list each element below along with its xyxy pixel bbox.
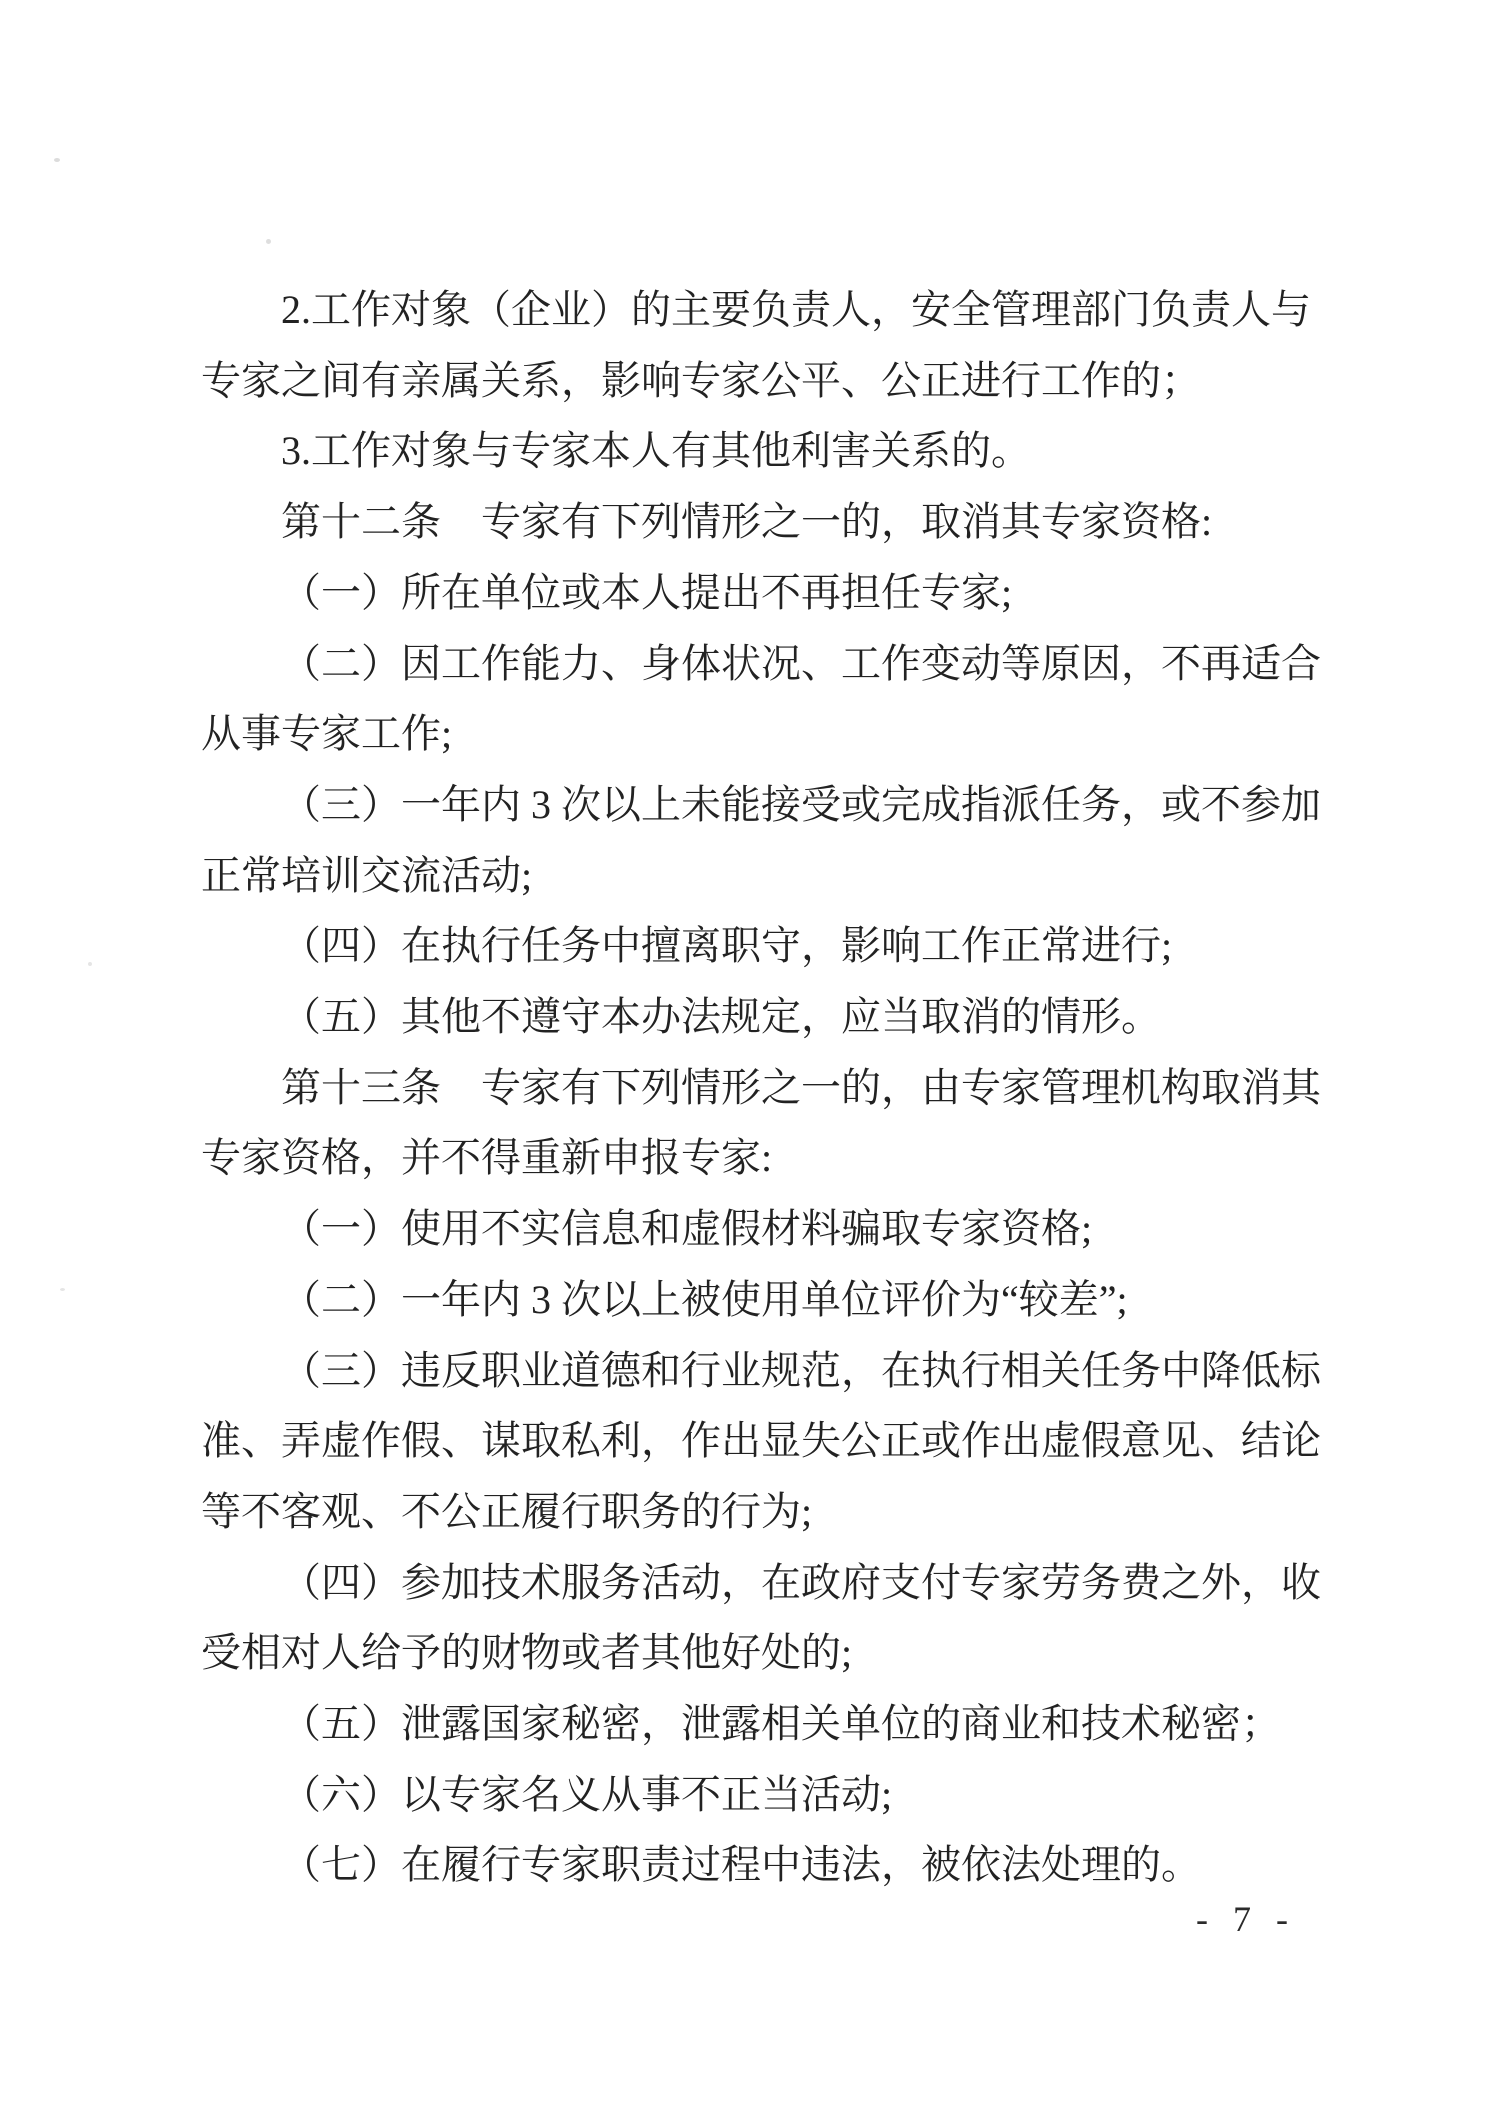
page-number: - 7 - (1196, 1898, 1293, 1940)
body-line: （二）一年内 3 次以上被使用单位评价为“较差”; (201, 1265, 1351, 1336)
body-line: （一）使用不实信息和虚假材料骗取专家资格; (201, 1194, 1351, 1265)
body-line: （六）以专家名义从事不正当活动; (201, 1760, 1351, 1831)
body-line: （五）泄露国家秘密，泄露相关单位的商业和技术秘密； (201, 1689, 1351, 1760)
body-line: 准、弄虚作假、谋取私利，作出显失公正或作出虚假意见、结论 (201, 1406, 1351, 1477)
body-line: （五）其他不遵守本办法规定，应当取消的情形。 (201, 982, 1351, 1053)
body-line: （二）因工作能力、身体状况、工作变动等原因，不再适合 (201, 629, 1351, 700)
body-line: 3.工作对象与专家本人有其他利害关系的。 (201, 416, 1351, 487)
body-line: （四）参加技术服务活动，在政府支付专家劳务费之外，收 (201, 1548, 1351, 1619)
body-line: 受相对人给予的财物或者其他好处的; (201, 1618, 1351, 1689)
body-line: （一）所在单位或本人提出不再担任专家; (201, 558, 1351, 629)
body-line: （七）在履行专家职责过程中违法，被依法处理的。 (201, 1830, 1351, 1901)
document-body: 2.工作对象（企业）的主要负责人，安全管理部门负责人与 专家之间有亲属关系，影响… (201, 275, 1351, 1901)
document-page: 2.工作对象（企业）的主要负责人，安全管理部门负责人与 专家之间有亲属关系，影响… (0, 0, 1488, 2104)
scan-speck (54, 158, 60, 162)
body-line: 专家资格，并不得重新申报专家: (201, 1123, 1351, 1194)
scan-speck (266, 239, 271, 244)
body-line: 第十三条 专家有下列情形之一的，由专家管理机构取消其 (201, 1053, 1351, 1124)
body-line: 第十二条 专家有下列情形之一的，取消其专家资格: (201, 487, 1351, 558)
body-line: 正常培训交流活动; (201, 841, 1351, 912)
scan-speck (60, 1288, 65, 1291)
scan-speck (88, 962, 92, 966)
body-line: （三）违反职业道德和行业规范，在执行相关任务中降低标 (201, 1336, 1351, 1407)
body-line: 等不客观、不公正履行职务的行为; (201, 1477, 1351, 1548)
body-line: 专家之间有亲属关系，影响专家公平、公正进行工作的； (201, 346, 1351, 417)
body-line: 从事专家工作; (201, 699, 1351, 770)
body-line: 2.工作对象（企业）的主要负责人，安全管理部门负责人与 (201, 275, 1351, 346)
body-line: （四）在执行任务中擅离职守，影响工作正常进行; (201, 911, 1351, 982)
body-line: （三）一年内 3 次以上未能接受或完成指派任务，或不参加 (201, 770, 1351, 841)
